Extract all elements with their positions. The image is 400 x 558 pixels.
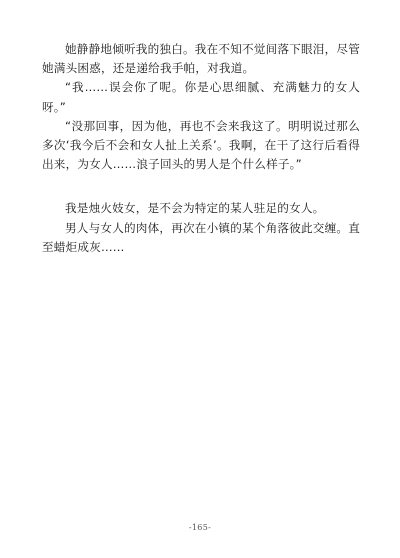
book-page: 她静静地倾听我的独白。我在不知不觉间落下眼泪，尽管她满头困惑，还是递给我手帕，对… — [0, 0, 400, 558]
paragraph: 我是烛火妓女，是不会为特定的某人驻足的女人。 — [42, 199, 360, 218]
paragraph: “没那回事，因为他，再也不会来我这了。明明说过那么多次‘我今后不会和女人扯上关系… — [42, 117, 360, 175]
section-break — [42, 174, 360, 199]
page-number: -165- — [0, 523, 400, 532]
paragraph: 男人与女人的肉体，再次在小镇的某个角落彼此交缠。直至蜡炬成灰…… — [42, 219, 360, 257]
paragraph: 她静静地倾听我的独白。我在不知不觉间落下眼泪，尽管她满头困惑，还是递给我手帕，对… — [42, 40, 360, 78]
page-body: 她静静地倾听我的独白。我在不知不觉间落下眼泪，尽管她满头困惑，还是递给我手帕，对… — [42, 40, 360, 257]
paragraph: “我……误会你了呢。你是心思细腻、充满魅力的女人呀。” — [42, 78, 360, 116]
